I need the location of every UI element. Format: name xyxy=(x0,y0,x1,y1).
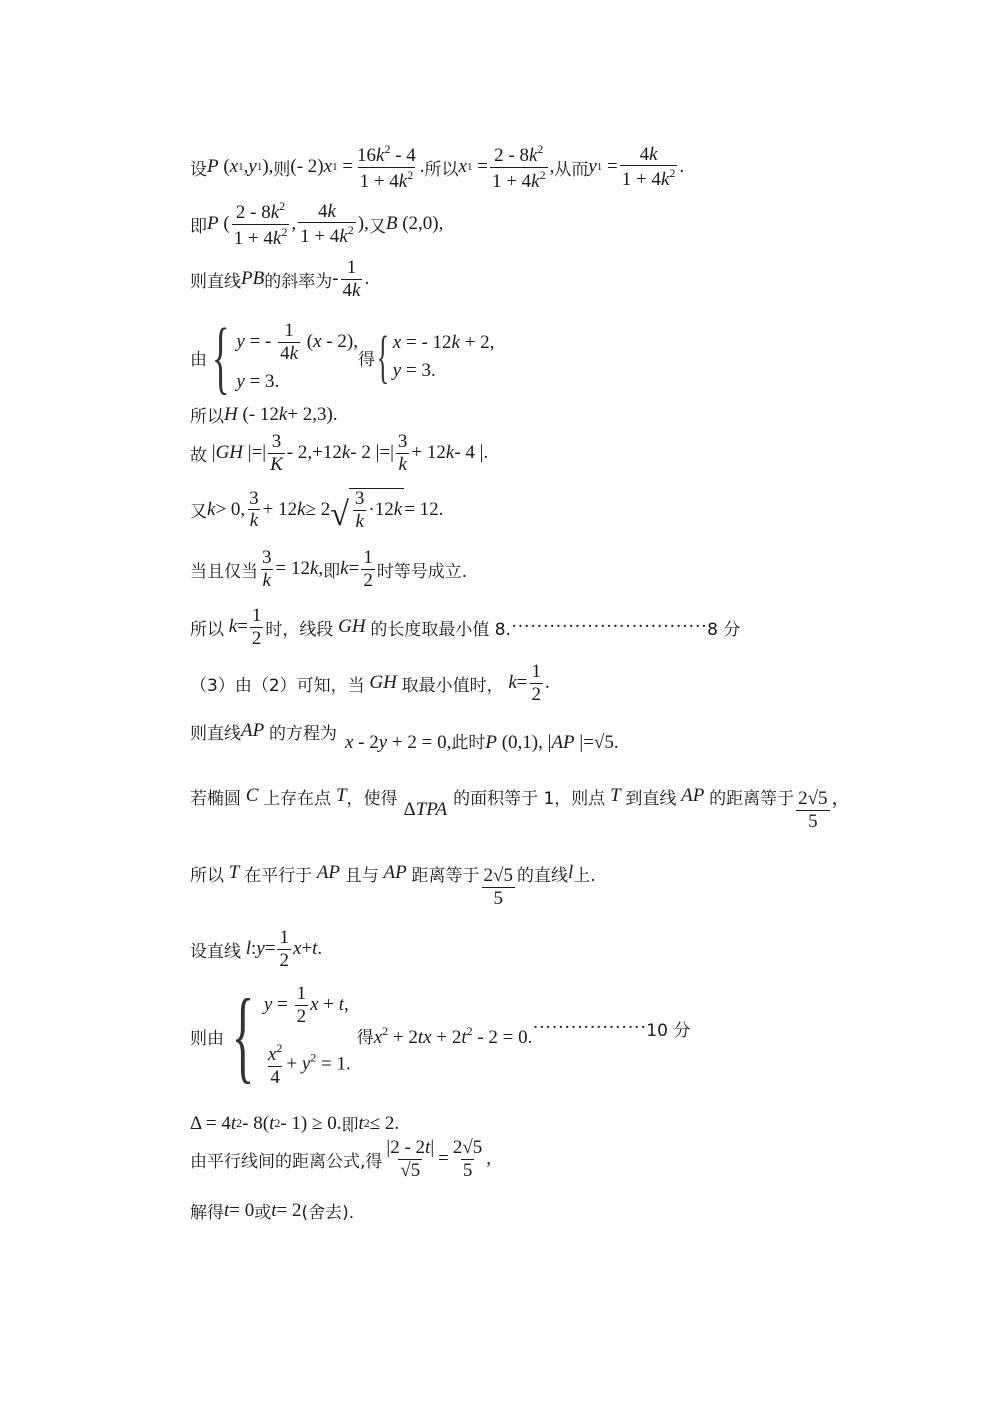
line-18: 解得t = 0或t = 2(舍去). xyxy=(190,1198,354,1223)
text: 当且仅当 xyxy=(190,557,258,582)
text: 且与 xyxy=(345,861,379,886)
text: 所以 xyxy=(190,615,224,640)
text: 则直线 xyxy=(190,267,241,292)
line-13: 所以 T 在平行于 AP 且与 AP 距离等于 2√55 的直线l上. xyxy=(190,852,596,895)
text: 时等号成立. xyxy=(377,557,467,582)
text: 的斜率为 xyxy=(264,267,332,292)
equation-system: { y = - 14k (x - 2), y = 3. xyxy=(207,316,358,398)
fraction: 4k1 + 4k2 xyxy=(620,145,678,191)
leader-dots: ·················· xyxy=(532,1017,646,1039)
text: 上存在点 xyxy=(263,784,331,809)
text: 取最小值时， xyxy=(402,671,504,696)
fraction: 2 - 8k21 + 4k2 xyxy=(232,200,290,249)
line-4: 由 { y = - 14k (x - 2), y = 3. 得 { x = - … xyxy=(190,316,494,398)
line-2: 即P ( 2 - 8k21 + 4k2, 4k1 + 4k2), 又B (2,0… xyxy=(190,200,443,249)
text: 则直线 xyxy=(190,719,241,744)
line-15: 则由 { y = 12x + t, x24+ y2 = 1. 得x2 + 2tx… xyxy=(190,984,690,1088)
score-label: 10 分 xyxy=(646,1016,690,1041)
text: 解得 xyxy=(190,1198,224,1223)
text: ，使得 xyxy=(347,784,398,809)
text: 则 xyxy=(273,155,290,180)
line-1: 设 P (x1, y1), 则(- 2)x1 = 16k2 - 41 + 4k2… xyxy=(190,143,684,192)
fraction: 2 - 8k21 + 4k2 xyxy=(490,143,548,192)
text: 故 xyxy=(190,441,207,466)
text: 的距离等于 xyxy=(709,784,794,809)
line-5: 所以H (- 12k + 2,3). xyxy=(190,402,338,427)
text: 设直线 xyxy=(190,937,241,962)
fraction: 14k xyxy=(341,258,363,301)
line-9: 所以 k = 12时，线段 GH 的长度取最小值 8.·············… xyxy=(190,606,740,649)
text: 即 xyxy=(190,212,207,237)
score-label: 8 分 xyxy=(707,615,740,640)
text: (舍去). xyxy=(302,1198,355,1223)
text: 到直线 xyxy=(625,784,676,809)
text: 由 xyxy=(190,345,207,370)
fraction: 4k1 + 4k2 xyxy=(298,202,356,248)
text: 所以 xyxy=(190,402,224,427)
text: 距离等于 xyxy=(412,861,480,886)
line-6: 故 |GH |=| 3K- 2,+12k - 2 |=| 3k+ 12k - 4… xyxy=(190,432,488,475)
line-11: 则直线AP 的方程为 x - 2y + 2 = 0,此时P (0,1), |AP… xyxy=(190,718,619,744)
text: 的面积等于 1，则点 xyxy=(453,784,605,809)
line-16: Δ = 4t2 - 8(t2 - 1) ≥ 0.即t2 ≤ 2. xyxy=(190,1111,399,1136)
text: （3）由（2）可知，当 xyxy=(190,671,365,696)
text: 的直线 xyxy=(517,861,568,886)
equation-system: { x = - 12k + 2, y = 3. xyxy=(375,328,494,386)
text: 此时 xyxy=(451,733,485,753)
line-3: 则直线PB的斜率为- 14k. xyxy=(190,258,369,301)
text: 的长度取最小值 8. xyxy=(370,615,511,640)
line-7: 又k > 0, 3k+ 12k ≥ 2√3k·12k = 12. xyxy=(190,488,443,532)
line-8: 当且仅当 3k= 12k,即k = 12时等号成立. xyxy=(190,548,467,591)
text: 或 xyxy=(254,1198,271,1223)
text: 即 xyxy=(323,557,340,582)
leader-dots: ······························· xyxy=(511,616,707,638)
text: 的方程为 xyxy=(269,719,337,744)
equation-system: { y = 12x + t, x24+ y2 = 1. xyxy=(224,984,351,1088)
line-17: 由平行线间的距离公式,得 |2 - 2t|√5= 2√55, xyxy=(190,1138,491,1181)
text: 设 xyxy=(190,155,207,180)
text: 由平行线间的距离公式,得 xyxy=(190,1147,382,1172)
text: 得 xyxy=(358,345,375,370)
text: 得 xyxy=(357,1028,374,1048)
text: 所以 xyxy=(425,155,459,180)
text: 则由 xyxy=(190,1024,224,1049)
text: 在平行于 xyxy=(244,861,312,886)
text: 从而 xyxy=(554,155,588,180)
text: 又 xyxy=(190,497,207,522)
text: 又 xyxy=(369,212,386,237)
line-14: 设直线 l : y = 12x + t. xyxy=(190,928,322,971)
text: 时，线段 xyxy=(265,615,333,640)
line-10: （3）由（2）可知，当 GH 取最小值时， k = 12. xyxy=(190,662,550,705)
fraction: 16k2 - 41 + 4k2 xyxy=(355,143,418,192)
text: 上. xyxy=(573,861,595,886)
text: 若椭圆 xyxy=(190,784,241,809)
text: 所以 xyxy=(190,861,224,886)
text: 即 xyxy=(341,1111,358,1136)
line-12: 若椭圆 C 上存在点 T，使得 ΔTPA 的面积等于 1，则点 T 到直线 AP… xyxy=(190,775,851,818)
